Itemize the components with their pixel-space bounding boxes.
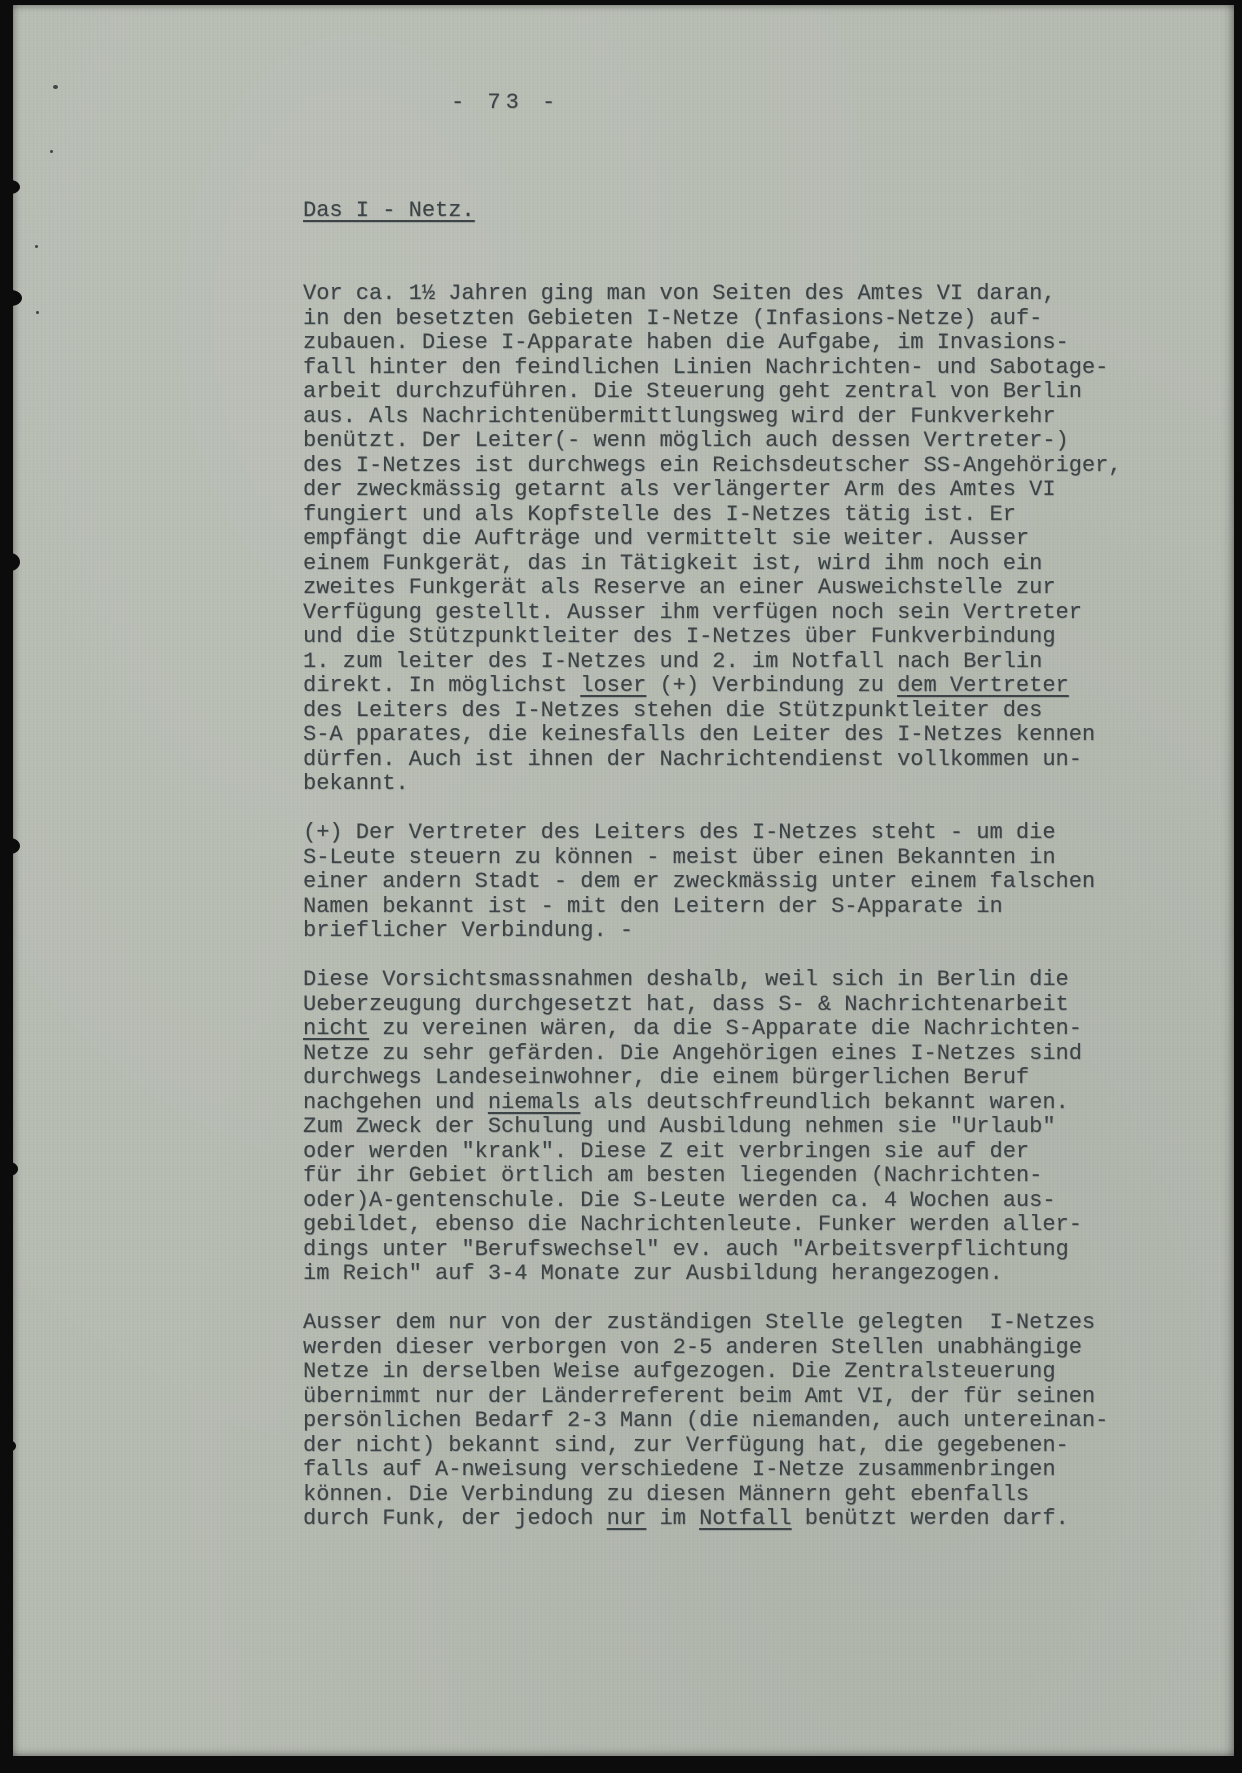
paragraph: Vor ca. 1½ Jahren ging man von Seiten de… bbox=[303, 282, 1122, 797]
text-segment: durchwegs Landeseinwohner, die einem bür… bbox=[303, 1065, 1029, 1090]
text-segment: im Reich" auf 3-4 Monate zur Ausbildung … bbox=[303, 1261, 1003, 1286]
text-line: einer andern Stadt - dem er zweckmässig … bbox=[303, 870, 1122, 895]
paragraph: (+) Der Vertreter des Leiters des I-Netz… bbox=[303, 821, 1122, 944]
text-line: brieflicher Verbindung. - bbox=[303, 919, 1122, 944]
text-line: falls auf A-nweisung verschiedene I-Netz… bbox=[303, 1458, 1122, 1483]
text-segment: Ausser dem nur von der zuständigen Stell… bbox=[303, 1310, 1095, 1335]
text-line: (+) Der Vertreter des Leiters des I-Netz… bbox=[303, 821, 1122, 846]
text-line: der nicht) bekannt sind, zur Verfügung h… bbox=[303, 1434, 1122, 1459]
text-line: dings unter "Berufswechsel" ev. auch "Ar… bbox=[303, 1238, 1122, 1263]
text-segment: fungiert und als Kopfstelle des I-Netzes… bbox=[303, 502, 1016, 527]
scan-artifact bbox=[0, 838, 20, 854]
text-segment: werden dieser verborgen von 2-5 anderen … bbox=[303, 1335, 1082, 1360]
text-segment: (+) Der Vertreter des Leiters des I-Netz… bbox=[303, 820, 1056, 845]
scan-artifact bbox=[0, 180, 20, 194]
text-line: fungiert und als Kopfstelle des I-Netzes… bbox=[303, 503, 1122, 528]
text-line: und die Stützpunktleiter des I-Netzes üb… bbox=[303, 625, 1122, 650]
text-line: persönlichen Bedarf 2-3 Mann (die nieman… bbox=[303, 1409, 1122, 1434]
section-heading: Das I - Netz. bbox=[303, 198, 475, 223]
text-segment: einem Funkgerät, das in Tätigkeit ist, w… bbox=[303, 551, 1042, 576]
text-line: empfängt die Aufträge und vermittelt sie… bbox=[303, 527, 1122, 552]
text-segment: benützt werden darf. bbox=[792, 1506, 1069, 1531]
text-segment: zweites Funkgerät als Reserve an einer A… bbox=[303, 575, 1056, 600]
text-segment: Vor ca. 1½ Jahren ging man von Seiten de… bbox=[303, 281, 1056, 306]
text-segment: aus. Als Nachrichtenübermittlungsweg wir… bbox=[303, 404, 1056, 429]
page-number: - 73 - bbox=[451, 90, 560, 115]
underlined-text: dem Vertreter bbox=[897, 673, 1069, 698]
text-segment: in den besetzten Gebieten I-Netze (Infas… bbox=[303, 306, 1042, 331]
text-line: S-A pparates, die keinesfalls den Leiter… bbox=[303, 723, 1122, 748]
text-segment: direkt. In möglichst bbox=[303, 673, 580, 698]
scan-artifact bbox=[0, 1440, 16, 1452]
text-segment: brieflicher Verbindung. - bbox=[303, 918, 633, 943]
text-line: S-Leute steuern zu können - meist über e… bbox=[303, 846, 1122, 871]
text-segment: Zum Zweck der Schulung und Ausbildung ne… bbox=[303, 1114, 1056, 1139]
text-line: können. Die Verbindung zu diesen Männern… bbox=[303, 1483, 1122, 1508]
underlined-text: loser bbox=[580, 673, 646, 698]
text-line: Vor ca. 1½ Jahren ging man von Seiten de… bbox=[303, 282, 1122, 307]
text-segment: fall hinter den feindlichen Linien Nachr… bbox=[303, 355, 1108, 380]
text-line: Netze in derselben Weise aufgezogen. Die… bbox=[303, 1360, 1122, 1385]
scan-artifact bbox=[0, 290, 22, 306]
text-line: fall hinter den feindlichen Linien Nachr… bbox=[303, 356, 1122, 381]
scan-artifact bbox=[50, 150, 53, 153]
text-segment: S-A pparates, die keinesfalls den Leiter… bbox=[303, 722, 1095, 747]
scan-artifact bbox=[0, 553, 20, 571]
text-line: im Reich" auf 3-4 Monate zur Ausbildung … bbox=[303, 1262, 1122, 1287]
text-line: Verfügung gestellt. Ausser ihm verfügen … bbox=[303, 601, 1122, 626]
text-segment: S-Leute steuern zu können - meist über e… bbox=[303, 845, 1056, 870]
text-segment: durch Funk, der jedoch bbox=[303, 1506, 607, 1531]
text-segment: des I-Netzes ist durchwegs ein Reichsdeu… bbox=[303, 453, 1122, 478]
text-segment: persönlichen Bedarf 2-3 Mann (die nieman… bbox=[303, 1408, 1108, 1433]
document-body: Vor ca. 1½ Jahren ging man von Seiten de… bbox=[303, 282, 1122, 1556]
text-segment: können. Die Verbindung zu diesen Männern… bbox=[303, 1482, 1029, 1507]
text-line: bekannt. bbox=[303, 772, 1122, 797]
text-line: aus. Als Nachrichtenübermittlungsweg wir… bbox=[303, 405, 1122, 430]
text-line: für ihr Gebiet örtlich am besten liegend… bbox=[303, 1164, 1122, 1189]
text-segment: der nicht) bekannt sind, zur Verfügung h… bbox=[303, 1433, 1069, 1458]
text-segment: als deutschfreundlich bekannt waren. bbox=[580, 1090, 1068, 1115]
text-line: durchwegs Landeseinwohner, die einem bür… bbox=[303, 1066, 1122, 1091]
text-line: arbeit durchzuführen. Die Steuerung geht… bbox=[303, 380, 1122, 405]
text-line: oder werden "krank". Diese Z eit verbrin… bbox=[303, 1140, 1122, 1165]
text-line: durch Funk, der jedoch nur im Notfall be… bbox=[303, 1507, 1122, 1532]
text-segment: gebildet, ebenso die Nachrichtenleute. F… bbox=[303, 1212, 1082, 1237]
text-line: oder)A-gentenschule. Die S-Leute werden … bbox=[303, 1189, 1122, 1214]
paragraph: Ausser dem nur von der zuständigen Stell… bbox=[303, 1311, 1122, 1532]
text-line: nicht zu vereinen wären, da die S-Appara… bbox=[303, 1017, 1122, 1042]
text-segment: Verfügung gestellt. Ausser ihm verfügen … bbox=[303, 600, 1082, 625]
scan-artifact bbox=[35, 245, 38, 248]
text-segment: benützt. Der Leiter(- wenn möglich auch … bbox=[303, 428, 1069, 453]
scan-artifact bbox=[53, 85, 58, 89]
text-segment: Ueberzeugung durchgesetzt hat, dass S- &… bbox=[303, 992, 1069, 1017]
text-segment: und die Stützpunktleiter des I-Netzes üb… bbox=[303, 624, 1056, 649]
text-line: Ausser dem nur von der zuständigen Stell… bbox=[303, 1311, 1122, 1336]
scan-artifact bbox=[36, 311, 39, 314]
text-segment: zu vereinen wären, da die S-Apparate die… bbox=[369, 1016, 1082, 1041]
typewritten-content: - 73 - Das I - Netz. Vor ca. 1½ Jahren g… bbox=[0, 0, 1242, 1773]
text-segment: oder)A-gentenschule. Die S-Leute werden … bbox=[303, 1188, 1056, 1213]
text-segment: falls auf A-nweisung verschiedene I-Netz… bbox=[303, 1457, 1056, 1482]
text-line: des I-Netzes ist durchwegs ein Reichsdeu… bbox=[303, 454, 1122, 479]
text-segment: übernimmt nur der Länderreferent beim Am… bbox=[303, 1384, 1095, 1409]
text-line: einem Funkgerät, das in Tätigkeit ist, w… bbox=[303, 552, 1122, 577]
text-line: der zweckmässig getarnt als verlängerter… bbox=[303, 478, 1122, 503]
text-segment: zubauen. Diese I-Apparate haben die Aufg… bbox=[303, 330, 1069, 355]
underlined-text: niemals bbox=[488, 1090, 580, 1115]
text-segment: dings unter "Berufswechsel" ev. auch "Ar… bbox=[303, 1237, 1069, 1262]
text-line: direkt. In möglichst loser (+) Verbindun… bbox=[303, 674, 1122, 699]
text-segment: Diese Vorsichtsmassnahmen deshalb, weil … bbox=[303, 967, 1069, 992]
text-segment: einer andern Stadt - dem er zweckmässig … bbox=[303, 869, 1095, 894]
text-line: in den besetzten Gebieten I-Netze (Infas… bbox=[303, 307, 1122, 332]
text-line: werden dieser verborgen von 2-5 anderen … bbox=[303, 1336, 1122, 1361]
text-line: zubauen. Diese I-Apparate haben die Aufg… bbox=[303, 331, 1122, 356]
text-segment: nachgehen und bbox=[303, 1090, 488, 1115]
text-segment: Namen bekannt ist - mit den Leitern der … bbox=[303, 894, 1003, 919]
underlined-text: nur bbox=[607, 1506, 647, 1531]
text-line: dürfen. Auch ist ihnen der Nachrichtendi… bbox=[303, 748, 1122, 773]
underlined-text: nicht bbox=[303, 1016, 369, 1041]
text-segment: dürfen. Auch ist ihnen der Nachrichtendi… bbox=[303, 747, 1082, 772]
text-segment: des Leiters des I-Netzes stehen die Stüt… bbox=[303, 698, 1042, 723]
text-segment: (+) Verbindung zu bbox=[646, 673, 897, 698]
text-line: nachgehen und niemals als deutschfreundl… bbox=[303, 1091, 1122, 1116]
text-segment: 1. zum leiter des I-Netzes und 2. im Not… bbox=[303, 649, 1042, 674]
text-line: Zum Zweck der Schulung und Ausbildung ne… bbox=[303, 1115, 1122, 1140]
text-segment: für ihr Gebiet örtlich am besten liegend… bbox=[303, 1163, 1042, 1188]
text-line: 1. zum leiter des I-Netzes und 2. im Not… bbox=[303, 650, 1122, 675]
text-segment: arbeit durchzuführen. Die Steuerung geht… bbox=[303, 379, 1082, 404]
text-segment: empfängt die Aufträge und vermittelt sie… bbox=[303, 526, 1029, 551]
paragraph: Diese Vorsichtsmassnahmen deshalb, weil … bbox=[303, 968, 1122, 1287]
text-line: Diese Vorsichtsmassnahmen deshalb, weil … bbox=[303, 968, 1122, 993]
text-line: Ueberzeugung durchgesetzt hat, dass S- &… bbox=[303, 993, 1122, 1018]
text-line: des Leiters des I-Netzes stehen die Stüt… bbox=[303, 699, 1122, 724]
text-segment: im bbox=[646, 1506, 699, 1531]
text-segment: Netze zu sehr gefärden. Die Angehörigen … bbox=[303, 1041, 1082, 1066]
text-segment: Netze in derselben Weise aufgezogen. Die… bbox=[303, 1359, 1056, 1384]
text-line: übernimmt nur der Länderreferent beim Am… bbox=[303, 1385, 1122, 1410]
text-segment: oder werden "krank". Diese Z eit verbrin… bbox=[303, 1139, 1029, 1164]
text-line: gebildet, ebenso die Nachrichtenleute. F… bbox=[303, 1213, 1122, 1238]
text-segment: der zweckmässig getarnt als verlängerter… bbox=[303, 477, 1056, 502]
underlined-text: Notfall bbox=[699, 1506, 791, 1531]
scanned-page: - 73 - Das I - Netz. Vor ca. 1½ Jahren g… bbox=[0, 0, 1242, 1773]
text-line: Namen bekannt ist - mit den Leitern der … bbox=[303, 895, 1122, 920]
text-line: Netze zu sehr gefärden. Die Angehörigen … bbox=[303, 1042, 1122, 1067]
text-line: zweites Funkgerät als Reserve an einer A… bbox=[303, 576, 1122, 601]
scan-artifact bbox=[0, 1162, 18, 1176]
text-line: benützt. Der Leiter(- wenn möglich auch … bbox=[303, 429, 1122, 454]
text-segment: bekannt. bbox=[303, 771, 409, 796]
